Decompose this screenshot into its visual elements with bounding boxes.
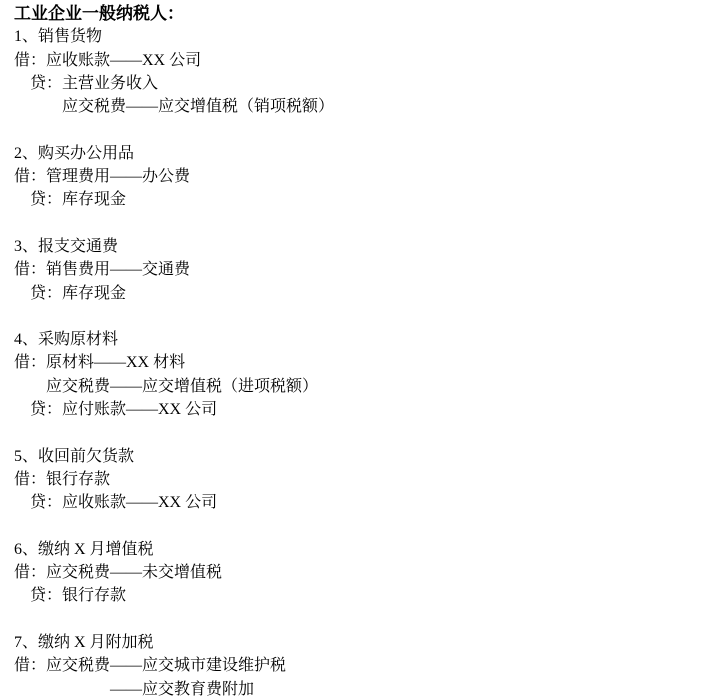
entry-2-credit-line: 贷：库存现金 xyxy=(14,188,710,211)
entry-3-heading: 3、报支交通费 xyxy=(14,235,710,258)
entry-4-debit-sub-line: 应交税费——应交增值税（进项税额） xyxy=(14,375,710,398)
entry-6-debit-line: 借：应交税费——未交增值税 xyxy=(14,561,710,584)
spacer xyxy=(14,305,710,328)
document-title: 工业企业一般纳税人： xyxy=(14,2,710,25)
spacer xyxy=(14,212,710,235)
entry-6-credit-line: 贷：银行存款 xyxy=(14,584,710,607)
entry-5-debit-line: 借：银行存款 xyxy=(14,468,710,491)
entry-6-heading: 6、缴纳 X 月增值税 xyxy=(14,538,710,561)
entry-1-debit-line: 借：应收账款——XX 公司 xyxy=(14,49,710,72)
entry-5-heading: 5、收回前欠货款 xyxy=(14,445,710,468)
spacer xyxy=(14,515,710,538)
entry-5-credit-line: 贷：应收账款——XX 公司 xyxy=(14,491,710,514)
entry-1-credit-line: 贷：主营业务收入 xyxy=(14,72,710,95)
entry-4-heading: 4、采购原材料 xyxy=(14,328,710,351)
spacer xyxy=(14,118,710,141)
entry-7-heading: 7、缴纳 X 月附加税 xyxy=(14,631,710,654)
entry-3-debit-line: 借：销售费用——交通费 xyxy=(14,258,710,281)
entry-1-credit-sub-line: 应交税费——应交增值税（销项税额） xyxy=(14,95,710,118)
entry-2-debit-line: 借：管理费用——办公费 xyxy=(14,165,710,188)
entry-1-heading: 1、销售货物 xyxy=(14,25,710,48)
document-page: 工业企业一般纳税人： 1、销售货物 借：应收账款——XX 公司 贷：主营业务收入… xyxy=(0,0,710,700)
spacer xyxy=(14,421,710,444)
entry-4-credit-line: 贷：应付账款——XX 公司 xyxy=(14,398,710,421)
entry-3-credit-line: 贷：库存现金 xyxy=(14,282,710,305)
entry-2-heading: 2、购买办公用品 xyxy=(14,142,710,165)
entry-4-debit-line: 借：原材料——XX 材料 xyxy=(14,351,710,374)
entry-7-debit-line: 借：应交税费——应交城市建设维护税 xyxy=(14,654,710,677)
entry-7-debit-sub-line: ——应交教育费附加 xyxy=(14,678,710,700)
spacer xyxy=(14,608,710,631)
